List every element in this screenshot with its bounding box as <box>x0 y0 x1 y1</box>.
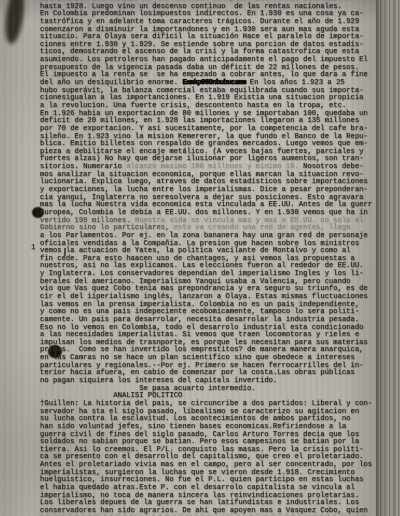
text-segment: En los años 1.923 a 25 <box>245 79 344 87</box>
text-column: disminucion del consumo en los mercados … <box>40 0 385 516</box>
text-segment: Nosotros debe- <box>299 163 364 171</box>
text-segment: alcanzo maximo 100 millones y minimo 18. <box>126 163 299 171</box>
text-segment: esto va creando una red de agentes, lleg… <box>174 224 351 232</box>
page-edge-band <box>376 0 400 516</box>
margin-mark: 1 <box>31 244 36 252</box>
text-segment: sitorios. Numerario <box>40 163 126 171</box>
text-line: Gobierno sino lo particulares, esto va c… <box>40 225 385 233</box>
text-line: disminucion del consumo en los mercados … <box>40 0 385 4</box>
corner-ink-smudge <box>3 0 26 45</box>
scanned-page: 1 disminucion del consumo en los mercado… <box>0 0 400 516</box>
text-segment: Gobierno sino lo particulares, <box>40 224 174 232</box>
text-segment: del año un desiquilibrio enorme. <box>40 79 182 87</box>
text-segment: Eamkp988nbubucamm <box>182 79 245 87</box>
